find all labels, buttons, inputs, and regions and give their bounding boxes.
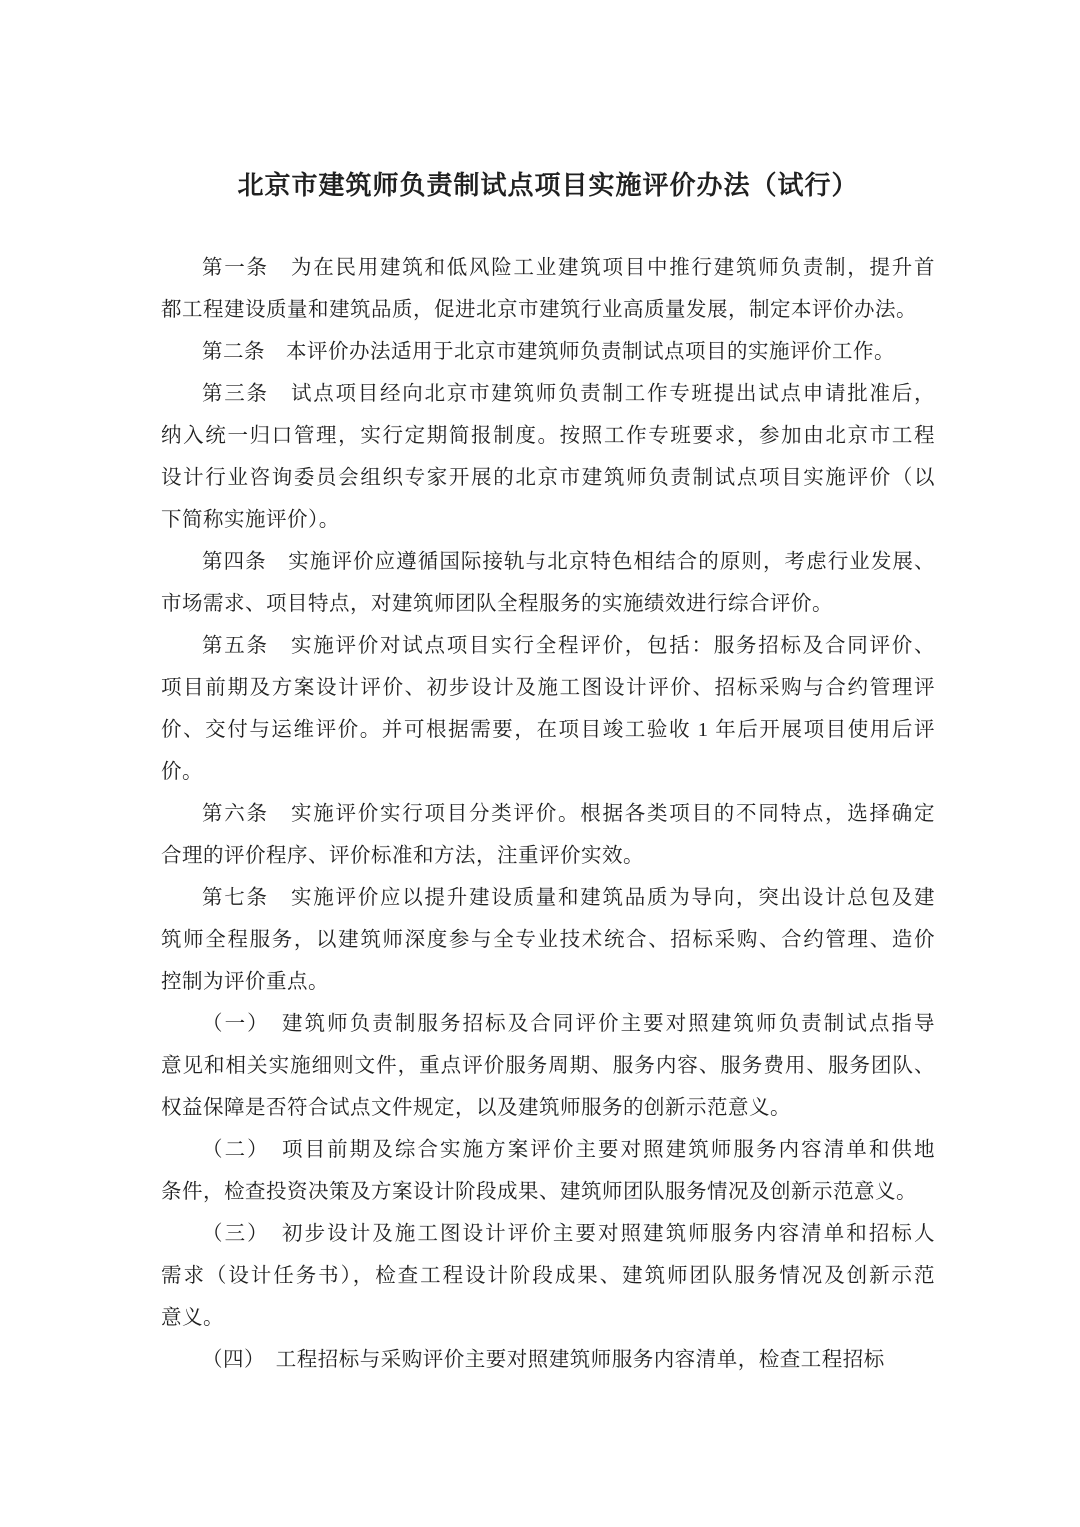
text-line: 第六条 实施评价实行项目分类评价。根据各类项目的不同特点，选择确定 <box>161 793 935 835</box>
text-line: （三） 初步设计及施工图设计评价主要对照建筑师服务内容清单和招标人 <box>161 1213 935 1255</box>
text-line: 第二条 本评价办法适用于北京市建筑师负责制试点项目的实施评价工作。 <box>161 331 935 373</box>
text-line: 市场需求、项目特点，对建筑师团队全程服务的实施绩效进行综合评价。 <box>161 583 935 625</box>
paragraph-article-6: 第六条 实施评价实行项目分类评价。根据各类项目的不同特点，选择确定合理的评价程序… <box>161 793 935 877</box>
text-line: 合理的评价程序、评价标准和方法，注重评价实效。 <box>161 835 935 877</box>
text-line: 价。 <box>161 751 935 793</box>
text-line: 设计行业咨询委员会组织专家开展的北京市建筑师负责制试点项目实施评价（以 <box>161 457 935 499</box>
paragraph-article-3: 第三条 试点项目经向北京市建筑师负责制工作专班提出试点申请批准后，纳入统一归口管… <box>161 373 935 541</box>
text-line: 第三条 试点项目经向北京市建筑师负责制工作专班提出试点申请批准后， <box>161 373 935 415</box>
paragraph-article-5: 第五条 实施评价对试点项目实行全程评价，包括：服务招标及合同评价、项目前期及方案… <box>161 625 935 793</box>
paragraph-article-4: 第四条 实施评价应遵循国际接轨与北京特色相结合的原则，考虑行业发展、市场需求、项… <box>161 541 935 625</box>
text-line: （二） 项目前期及综合实施方案评价主要对照建筑师服务内容清单和供地 <box>161 1129 935 1171</box>
document-content: 北京市建筑师负责制试点项目实施评价办法（试行） 第一条 为在民用建筑和低风险工业… <box>161 165 935 1381</box>
document-body: 第一条 为在民用建筑和低风险工业建筑项目中推行建筑师负责制，提升首都工程建设质量… <box>161 247 935 1381</box>
document-title: 北京市建筑师负责制试点项目实施评价办法（试行） <box>161 165 935 207</box>
text-line: （四） 工程招标与采购评价主要对照建筑师服务内容清单，检查工程招标 <box>161 1339 935 1381</box>
text-line: 意义。 <box>161 1297 935 1339</box>
text-line: 权益保障是否符合试点文件规定，以及建筑师服务的创新示范意义。 <box>161 1087 935 1129</box>
text-line: 纳入统一归口管理，实行定期简报制度。按照工作专班要求，参加由北京市工程 <box>161 415 935 457</box>
text-line: 意见和相关实施细则文件，重点评价服务周期、服务内容、服务费用、服务团队、 <box>161 1045 935 1087</box>
text-line: （一） 建筑师负责制服务招标及合同评价主要对照建筑师负责制试点指导 <box>161 1003 935 1045</box>
text-line: 第一条 为在民用建筑和低风险工业建筑项目中推行建筑师负责制，提升首 <box>161 247 935 289</box>
text-line: 第五条 实施评价对试点项目实行全程评价，包括：服务招标及合同评价、 <box>161 625 935 667</box>
document-page: 北京市建筑师负责制试点项目实施评价办法（试行） 第一条 为在民用建筑和低风险工业… <box>0 0 1080 1527</box>
paragraph-article-2: 第二条 本评价办法适用于北京市建筑师负责制试点项目的实施评价工作。 <box>161 331 935 373</box>
paragraph-item-4: （四） 工程招标与采购评价主要对照建筑师服务内容清单，检查工程招标 <box>161 1339 935 1381</box>
text-line: 价、交付与运维评价。并可根据需要，在项目竣工验收 1 年后开展项目使用后评 <box>161 709 935 751</box>
paragraph-item-3: （三） 初步设计及施工图设计评价主要对照建筑师服务内容清单和招标人需求（设计任务… <box>161 1213 935 1339</box>
paragraph-article-1: 第一条 为在民用建筑和低风险工业建筑项目中推行建筑师负责制，提升首都工程建设质量… <box>161 247 935 331</box>
text-line: 需求（设计任务书），检查工程设计阶段成果、建筑师团队服务情况及创新示范 <box>161 1255 935 1297</box>
text-line: 条件，检查投资决策及方案设计阶段成果、建筑师团队服务情况及创新示范意义。 <box>161 1171 935 1213</box>
text-line: 都工程建设质量和建筑品质，促进北京市建筑行业高质量发展，制定本评价办法。 <box>161 289 935 331</box>
paragraph-item-2: （二） 项目前期及综合实施方案评价主要对照建筑师服务内容清单和供地条件，检查投资… <box>161 1129 935 1213</box>
paragraph-item-1: （一） 建筑师负责制服务招标及合同评价主要对照建筑师负责制试点指导意见和相关实施… <box>161 1003 935 1129</box>
text-line: 第四条 实施评价应遵循国际接轨与北京特色相结合的原则，考虑行业发展、 <box>161 541 935 583</box>
text-line: 项目前期及方案设计评价、初步设计及施工图设计评价、招标采购与合约管理评 <box>161 667 935 709</box>
text-line: 筑师全程服务，以建筑师深度参与全专业技术统合、招标采购、合约管理、造价 <box>161 919 935 961</box>
text-line: 下简称实施评价）。 <box>161 499 935 541</box>
text-line: 控制为评价重点。 <box>161 961 935 1003</box>
text-line: 第七条 实施评价应以提升建设质量和建筑品质为导向，突出设计总包及建 <box>161 877 935 919</box>
paragraph-article-7: 第七条 实施评价应以提升建设质量和建筑品质为导向，突出设计总包及建筑师全程服务，… <box>161 877 935 1003</box>
